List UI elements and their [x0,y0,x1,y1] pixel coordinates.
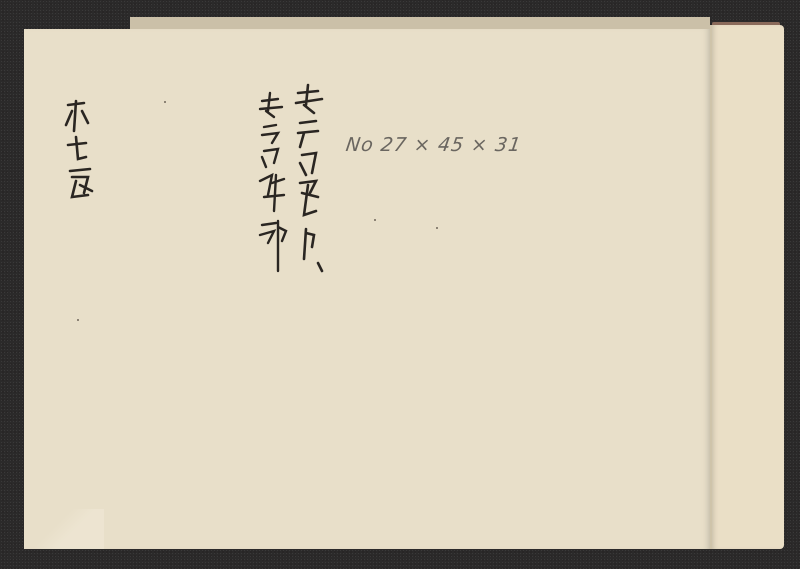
paper-speck [77,319,79,321]
notebook-spine [710,25,784,549]
paper-speck [164,101,166,103]
paper-speck [436,227,438,229]
pencil-catalog-note: No 27 × 45 × 31 [344,134,522,156]
paper-speck [374,219,376,221]
handwriting-left-column [62,97,102,207]
handwriting-center-left-column [254,91,294,281]
handwriting-center-right-column [292,83,332,283]
notebook-page [24,29,710,549]
